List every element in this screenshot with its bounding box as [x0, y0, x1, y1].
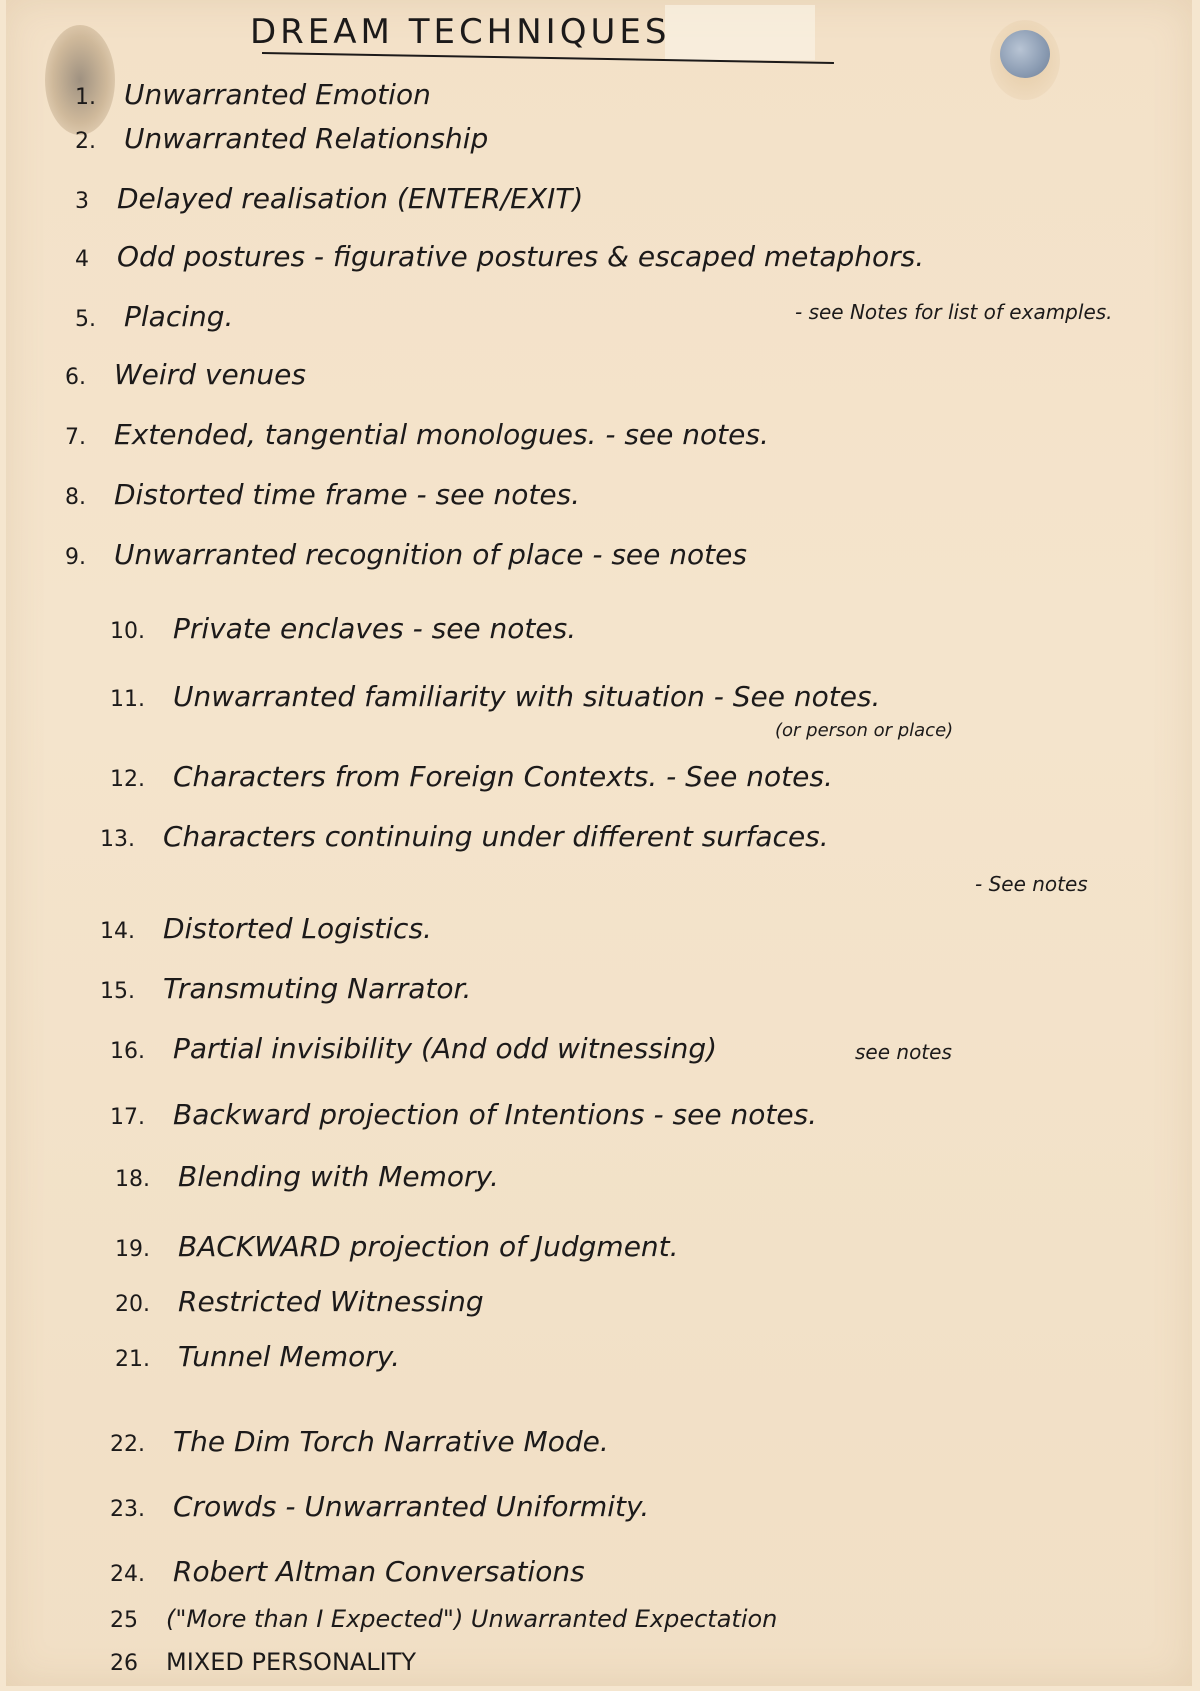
list-item: 21.Tunnel Memory.	[115, 1340, 400, 1373]
list-item: 11.Unwarranted familiarity with situatio…	[110, 680, 880, 713]
list-item: 8.Distorted time frame - see notes.	[65, 478, 580, 511]
list-item: 22.The Dim Torch Narrative Mode.	[110, 1425, 609, 1458]
list-item: 24.Robert Altman Conversations	[110, 1555, 585, 1588]
list-item: 17.Backward projection of Intentions - s…	[110, 1098, 817, 1131]
list-item: 20.Restricted Witnessing	[115, 1285, 484, 1318]
list-item: 2.Unwarranted Relationship	[75, 122, 488, 155]
list-item: 14.Distorted Logistics.	[100, 912, 432, 945]
list-item: 15.Transmuting Narrator.	[100, 972, 471, 1005]
page-title: DREAM TECHNIQUES	[250, 12, 670, 52]
list-item: 3Delayed realisation (ENTER/EXIT)	[75, 182, 583, 215]
list-item: 12.Characters from Foreign Contexts. - S…	[110, 760, 833, 793]
list-item: 23.Crowds - Unwarranted Uniformity.	[110, 1490, 649, 1523]
list-item: 9.Unwarranted recognition of place - see…	[65, 538, 747, 571]
list-item: 6.Weird venues	[65, 358, 306, 391]
list-item: 7.Extended, tangential monologues. - see…	[65, 418, 769, 451]
list-item: 4Odd postures - figurative postures & es…	[75, 240, 924, 273]
list-item: 19.BACKWARD projection of Judgment.	[115, 1230, 679, 1263]
list-item: 13.Characters continuing under different…	[100, 820, 829, 853]
list-item: 16.Partial invisibility (And odd witness…	[110, 1032, 717, 1065]
item-annotation: - See notes	[975, 872, 1088, 896]
list-item: 1.Unwarranted Emotion	[75, 78, 431, 111]
item-annotation: - see Notes for list of examples.	[795, 300, 1113, 324]
pin-mark	[1000, 30, 1050, 78]
list-item: 5.Placing.	[75, 300, 233, 333]
tape-strip	[665, 5, 815, 60]
item-annotation: (or person or place)	[775, 720, 953, 741]
list-item: 18.Blending with Memory.	[115, 1160, 499, 1193]
list-item: 25("More than I Expected") Unwarranted E…	[110, 1605, 777, 1633]
item-annotation: see notes	[855, 1040, 952, 1064]
list-item: 26MIXED PERSONALITY	[110, 1648, 416, 1676]
list-item: 10.Private enclaves - see notes.	[110, 612, 576, 645]
